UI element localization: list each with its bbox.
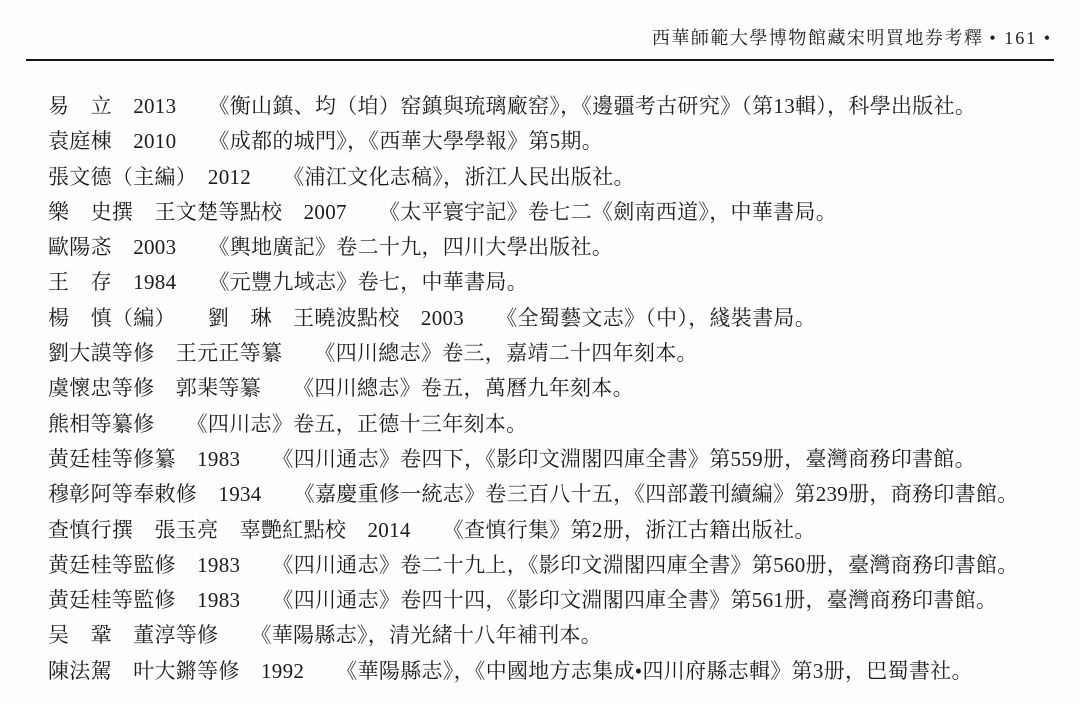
- bibliography-list: 易 立 2013 《衡山鎮、均（垍）窑鎮與琉璃廠窑》，《邊疆考古研究》（第13輯…: [0, 61, 1080, 689]
- page-number-label: • 161 •: [989, 28, 1052, 48]
- reference-entry: 陳法駕 叶大鏘等修 1992 《華陽縣志》，《中國地方志集成•四川府縣志輯》第3…: [48, 654, 1060, 689]
- reference-entry: 樂 史撰 王文楚等點校 2007 《太平寰宇記》卷七二《劍南西道》，中華書局。: [48, 195, 1060, 230]
- reference-entry: 虞懷忠等修 郭棐等纂 《四川總志》卷五，萬曆九年刻本。: [48, 371, 1060, 406]
- reference-entry: 易 立 2013 《衡山鎮、均（垍）窑鎮與琉璃廠窑》，《邊疆考古研究》（第13輯…: [48, 89, 1060, 124]
- reference-entry: 黄廷桂等修纂 1983 《四川通志》卷四下，《影印文淵閣四庫全書》第559册，臺…: [48, 442, 1060, 477]
- reference-entry: 吴 鞏 董淳等修 《華陽縣志》，清光緒十八年補刊本。: [48, 618, 1060, 653]
- reference-entry: 楊 慎（編） 劉 琳 王曉波點校 2003 《全蜀藝文志》（中），綫裝書局。: [48, 301, 1060, 336]
- reference-entry: 劉大謨等修 王元正等纂 《四川總志》卷三，嘉靖二十四年刻本。: [48, 336, 1060, 371]
- reference-entry: 袁庭棟 2010 《成都的城門》，《西華大學學報》第5期。: [48, 124, 1060, 159]
- running-title: 西華師範大學博物館藏宋明買地券考釋: [652, 28, 984, 48]
- reference-entry: 王 存 1984 《元豐九域志》卷七，中華書局。: [48, 265, 1060, 300]
- reference-entry: 黄廷桂等監修 1983 《四川通志》卷二十九上，《影印文淵閣四庫全書》第560册…: [48, 548, 1060, 583]
- reference-entry: 張文德（主編） 2012 《浦江文化志稿》，浙江人民出版社。: [48, 160, 1060, 195]
- reference-entry: 查慎行撰 張玉亮 辜艷紅點校 2014 《查慎行集》第2册，浙江古籍出版社。: [48, 513, 1060, 548]
- reference-entry: 歐陽忞 2003 《輿地廣記》卷二十九，四川大學出版社。: [48, 230, 1060, 265]
- document-page: 西華師範大學博物館藏宋明買地券考釋• 161 • 易 立 2013 《衡山鎮、均…: [0, 0, 1080, 703]
- running-header: 西華師範大學博物館藏宋明買地券考釋• 161 •: [26, 24, 1054, 59]
- reference-entry: 黄廷桂等監修 1983 《四川通志》卷四十四，《影印文淵閣四庫全書》第561册，…: [48, 583, 1060, 618]
- reference-entry: 熊相等纂修 《四川志》卷五，正德十三年刻本。: [48, 407, 1060, 442]
- page-header: 西華師範大學博物館藏宋明買地券考釋• 161 •: [0, 0, 1080, 61]
- reference-entry: 穆彰阿等奉敕修 1934 《嘉慶重修一統志》卷三百八十五，《四部叢刊續編》第23…: [48, 477, 1060, 512]
